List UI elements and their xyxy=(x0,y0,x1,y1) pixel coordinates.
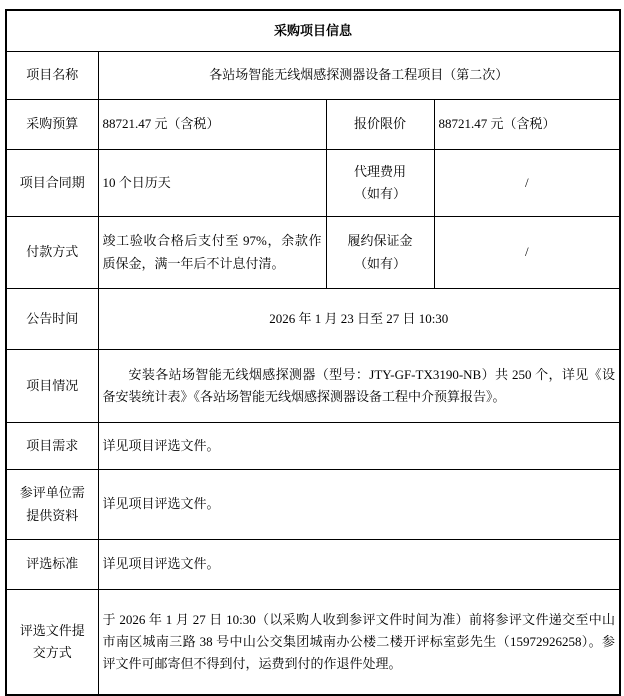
value-payment-method: 竣工验收合格后支付至 97%，余款作质保金，满一年后不计息付清。 xyxy=(98,217,326,289)
value-submission-method: 于 2026 年 1 月 27 日 10:30（以采购人收到参评文件时间为准）前… xyxy=(98,590,620,696)
table-row: 评选标准 详见项目评选文件。 xyxy=(6,540,620,590)
label-project-requirements: 项目需求 xyxy=(6,423,98,470)
table-row: 项目合同期 10 个日历天 代理费用 （如有） / xyxy=(6,150,620,217)
label-payment-method: 付款方式 xyxy=(6,217,98,289)
label-performance-bond: 履约保证金 （如有） xyxy=(326,217,434,289)
label-budget: 采购预算 xyxy=(6,100,98,150)
table-row: 采购项目信息 xyxy=(6,10,620,52)
label-price-limit: 报价限价 xyxy=(326,100,434,150)
table-row: 公告时间 2026 年 1 月 23 日至 27 日 10:30 xyxy=(6,289,620,350)
value-project-name: 各站场智能无线烟感探测器设备工程项目（第二次） xyxy=(98,52,620,100)
table-title: 采购项目信息 xyxy=(6,10,620,52)
label-agency-fee: 代理费用 （如有） xyxy=(326,150,434,217)
table-row: 评选文件提 交方式 于 2026 年 1 月 27 日 10:30（以采购人收到… xyxy=(6,590,620,696)
procurement-info-table: 采购项目信息 项目名称 各站场智能无线烟感探测器设备工程项目（第二次） 采购预算… xyxy=(5,9,621,696)
value-contract-period: 10 个日历天 xyxy=(98,150,326,217)
document-page: 采购项目信息 项目名称 各站场智能无线烟感探测器设备工程项目（第二次） 采购预算… xyxy=(0,0,624,696)
value-budget: 88721.47 元（含税） xyxy=(98,100,326,150)
table-row: 项目名称 各站场智能无线烟感探测器设备工程项目（第二次） xyxy=(6,52,620,100)
value-project-overview: 安装各站场智能无线烟感探测器（型号：JTY-GF-TX3190-NB）共 250… xyxy=(98,350,620,423)
value-project-requirements: 详见项目评选文件。 xyxy=(98,423,620,470)
table-row: 项目情况 安装各站场智能无线烟感探测器（型号：JTY-GF-TX3190-NB）… xyxy=(6,350,620,423)
label-submission-method: 评选文件提 交方式 xyxy=(6,590,98,696)
table-row: 采购预算 88721.47 元（含税） 报价限价 88721.47 元（含税） xyxy=(6,100,620,150)
label-participant-materials: 参评单位需 提供资料 xyxy=(6,470,98,540)
value-announcement-time: 2026 年 1 月 23 日至 27 日 10:30 xyxy=(98,289,620,350)
label-contract-period: 项目合同期 xyxy=(6,150,98,217)
label-announcement-time: 公告时间 xyxy=(6,289,98,350)
table-row: 付款方式 竣工验收合格后支付至 97%，余款作质保金，满一年后不计息付清。 履约… xyxy=(6,217,620,289)
value-performance-bond: / xyxy=(434,217,620,289)
value-participant-materials: 详见项目评选文件。 xyxy=(98,470,620,540)
value-price-limit: 88721.47 元（含税） xyxy=(434,100,620,150)
table-row: 项目需求 详见项目评选文件。 xyxy=(6,423,620,470)
label-selection-criteria: 评选标准 xyxy=(6,540,98,590)
label-project-name: 项目名称 xyxy=(6,52,98,100)
value-selection-criteria: 详见项目评选文件。 xyxy=(98,540,620,590)
value-agency-fee: / xyxy=(434,150,620,217)
label-project-overview: 项目情况 xyxy=(6,350,98,423)
table-row: 参评单位需 提供资料 详见项目评选文件。 xyxy=(6,470,620,540)
